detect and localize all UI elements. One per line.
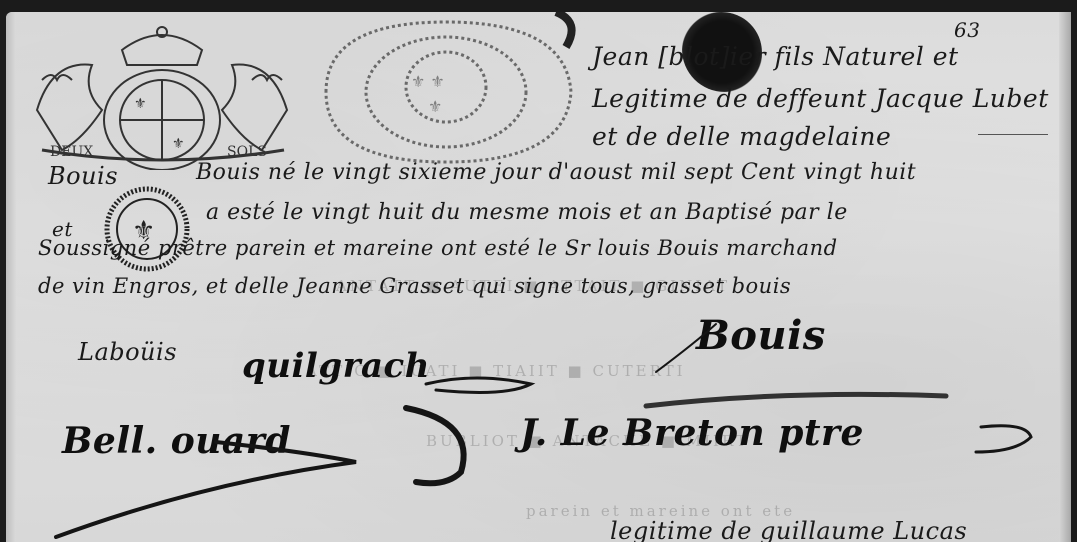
signature-flourishes — [6, 12, 1071, 531]
register-page: ANTATT ■ AUTEI ■ ATTAIT ■ GINIAT ATTIC ■… — [6, 12, 1071, 531]
next-entry-partial-line: legitime de guillaume Lucas — [610, 517, 967, 531]
